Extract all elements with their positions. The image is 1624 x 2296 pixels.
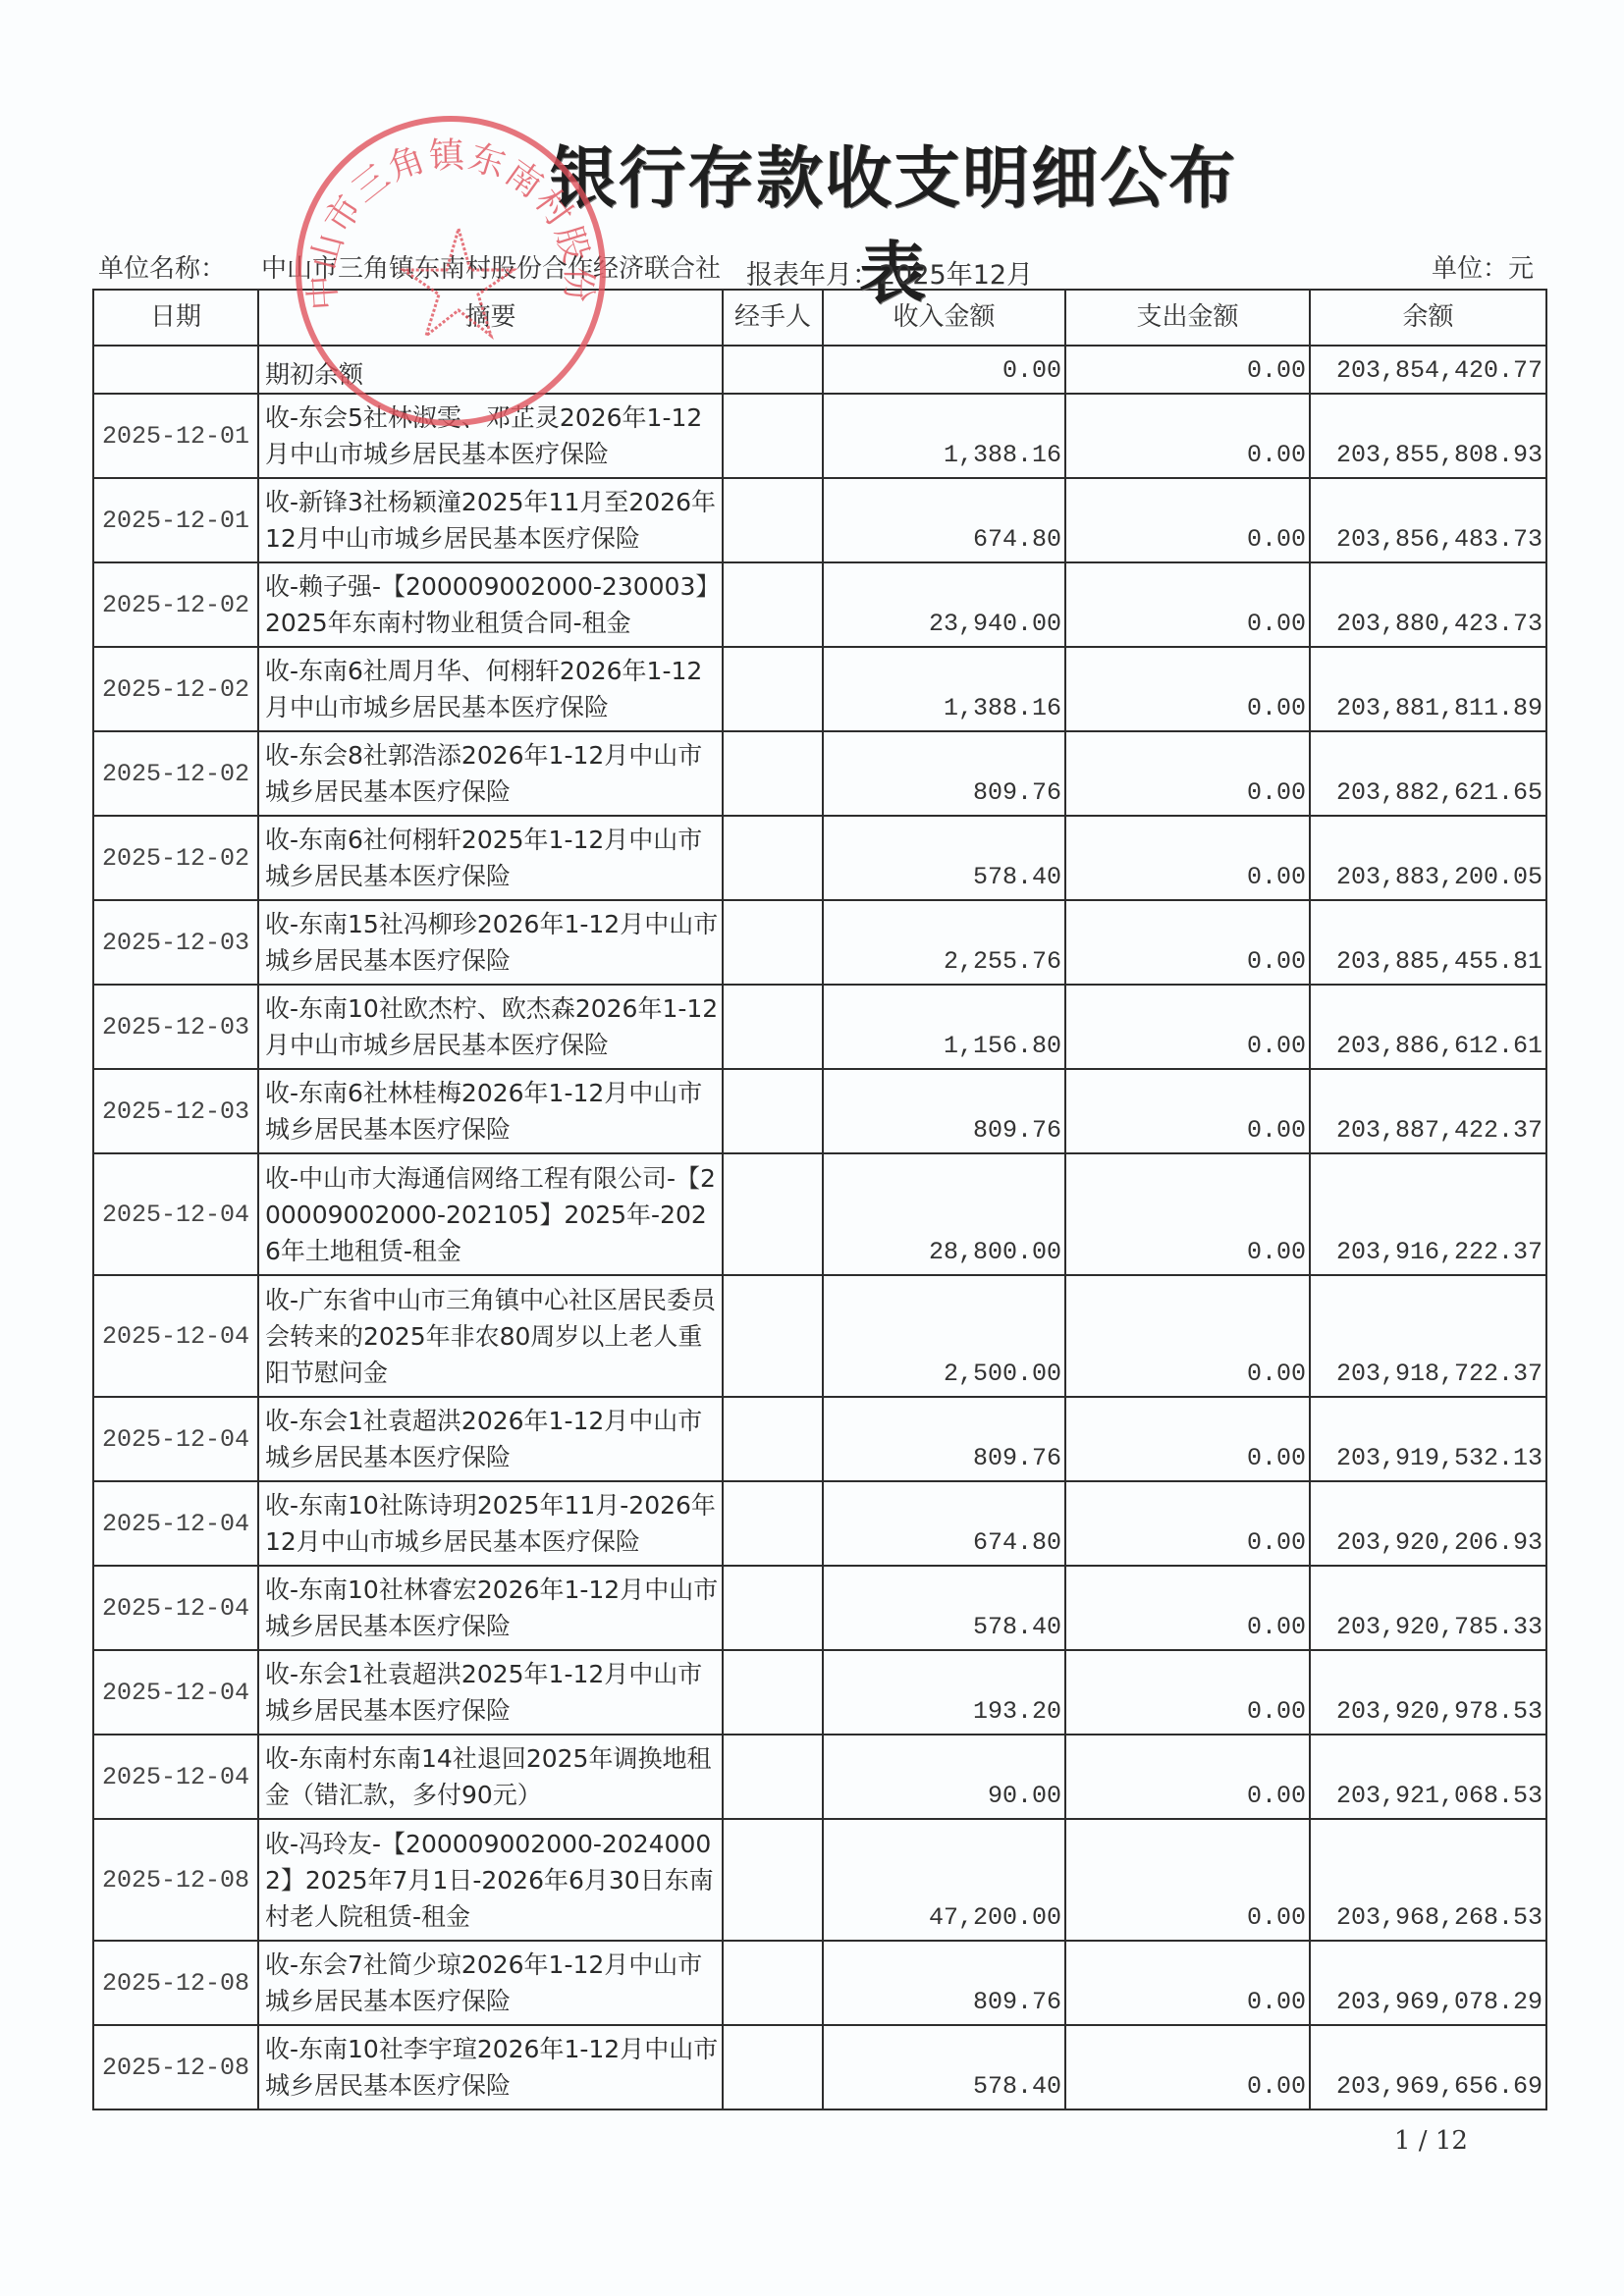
table-row: 2025-12-04收-东南10社陈诗玥2025年11月-2026年12月中山市… [93,1481,1546,1566]
summary-cell: 收-东会8社郭浩添2026年1-12月中山市城乡居民基本医疗保险 [258,731,723,816]
income-cell: 90.00 [823,1735,1065,1819]
opening-balance-row: 期初余额 0.00 0.00 203,854,420.77 [93,346,1546,394]
summary-cell: 收-东会1社袁超洪2026年1-12月中山市城乡居民基本医疗保险 [258,1397,723,1481]
handler-cell [723,1819,823,1941]
balance-cell: 203,920,785.33 [1310,1566,1546,1650]
income-cell: 23,940.00 [823,562,1065,647]
table-row: 2025-12-02收-东会8社郭浩添2026年1-12月中山市城乡居民基本医疗… [93,731,1546,816]
balance-cell: 203,880,423.73 [1310,562,1546,647]
summary-cell: 收-东南6社林桂梅2026年1-12月中山市城乡居民基本医疗保险 [258,1069,723,1153]
unit-name-row: 单位名称：中山市三角镇东南村股份合作经济联合社 [98,248,721,285]
table-row: 2025-12-03收-东南10社欧杰柠、欧杰森2026年1-12月中山市城乡居… [93,985,1546,1069]
summary-cell: 收-新锋3社杨颖潼2025年11月至2026年12月中山市城乡居民基本医疗保险 [258,478,723,562]
income-cell: 578.40 [823,816,1065,900]
summary-cell: 收-东会7社简少琼2026年1-12月中山市城乡居民基本医疗保险 [258,1941,723,2025]
summary-cell: 收-冯玲友-【200009002000-20240002】2025年7月1日-2… [258,1819,723,1941]
table-row: 2025-12-02收-东南6社何栩轩2025年1-12月中山市城乡居民基本医疗… [93,816,1546,900]
report-period: 报表年月：2025年12月 [746,253,1033,292]
income-cell: 2,500.00 [823,1275,1065,1397]
expense-cell: 0.00 [1065,346,1310,394]
balance-cell: 203,882,621.65 [1310,731,1546,816]
income-cell: 47,200.00 [823,1819,1065,1941]
handler-cell [723,1275,823,1397]
income-cell: 193.20 [823,1650,1065,1735]
expense-cell: 0.00 [1065,900,1310,985]
summary-cell: 收-东南10社陈诗玥2025年11月-2026年12月中山市城乡居民基本医疗保险 [258,1481,723,1566]
table-row: 2025-12-04收-东会1社袁超洪2025年1-12月中山市城乡居民基本医疗… [93,1650,1546,1735]
handler-cell [723,478,823,562]
income-cell: 578.40 [823,1566,1065,1650]
expense-cell: 0.00 [1065,816,1310,900]
income-cell: 809.76 [823,1941,1065,2025]
table-row: 2025-12-01收-东会5社林淑雯、邓芷灵2026年1-12月中山市城乡居民… [93,394,1546,478]
summary-cell: 收-东南6社何栩轩2025年1-12月中山市城乡居民基本医疗保险 [258,816,723,900]
expense-cell: 0.00 [1065,1650,1310,1735]
balance-cell: 203,920,978.53 [1310,1650,1546,1735]
summary-cell: 收-赖子强-【200009002000-230003】2025年东南村物业租赁合… [258,562,723,647]
income-cell: 2,255.76 [823,900,1065,985]
income-cell: 674.80 [823,478,1065,562]
date-cell: 2025-12-04 [93,1397,258,1481]
date-cell: 2025-12-08 [93,1819,258,1941]
currency-unit: 单位：元 [1432,248,1534,285]
summary-cell: 收-东南6社周月华、何栩轩2026年1-12月中山市城乡居民基本医疗保险 [258,647,723,731]
table-row: 2025-12-01收-新锋3社杨颖潼2025年11月至2026年12月中山市城… [93,478,1546,562]
expense-cell: 0.00 [1065,1819,1310,1941]
handler-cell [723,562,823,647]
expense-cell: 0.00 [1065,478,1310,562]
expense-cell: 0.00 [1065,1069,1310,1153]
expense-cell: 0.00 [1065,1275,1310,1397]
handler-cell [723,1481,823,1566]
income-cell: 28,800.00 [823,1153,1065,1275]
handler-cell [723,647,823,731]
handler-cell [723,1941,823,2025]
unit-name-value: 中山市三角镇东南村股份合作经济联合社 [261,254,721,284]
balance-cell: 203,855,808.93 [1310,394,1546,478]
summary-cell: 收-中山市大海通信网络工程有限公司-【200009002000-202105】2… [258,1153,723,1275]
date-cell: 2025-12-08 [93,1941,258,2025]
balance-cell: 203,918,722.37 [1310,1275,1546,1397]
date-cell: 2025-12-03 [93,985,258,1069]
summary-cell: 收-东南10社李宇瑄2026年1-12月中山市城乡居民基本医疗保险 [258,2025,723,2109]
ledger-table: 日期 摘要 经手人 收入金额 支出金额 余额 期初余额 0.00 0.00 20… [92,289,1547,2110]
income-cell: 0.00 [823,346,1065,394]
handler-cell [723,1566,823,1650]
expense-cell: 0.00 [1065,562,1310,647]
handler-cell [723,1650,823,1735]
date-cell: 2025-12-01 [93,394,258,478]
balance-cell: 203,919,532.13 [1310,1397,1546,1481]
expense-cell: 0.00 [1065,647,1310,731]
balance-cell: 203,921,068.53 [1310,1735,1546,1819]
balance-cell: 203,886,612.61 [1310,985,1546,1069]
summary-cell: 期初余额 [258,346,723,394]
column-header-balance: 余额 [1310,290,1546,346]
expense-cell: 0.00 [1065,985,1310,1069]
handler-cell [723,1069,823,1153]
date-cell: 2025-12-04 [93,1566,258,1650]
handler-cell [723,2025,823,2109]
expense-cell: 0.00 [1065,1735,1310,1819]
table-row: 2025-12-08收-东南10社李宇瑄2026年1-12月中山市城乡居民基本医… [93,2025,1546,2109]
balance-cell: 203,885,455.81 [1310,900,1546,985]
column-header-date: 日期 [93,290,258,346]
summary-cell: 收-东会1社袁超洪2025年1-12月中山市城乡居民基本医疗保险 [258,1650,723,1735]
table-row: 2025-12-04收-东会1社袁超洪2026年1-12月中山市城乡居民基本医疗… [93,1397,1546,1481]
date-cell: 2025-12-02 [93,647,258,731]
balance-cell: 203,854,420.77 [1310,346,1546,394]
table-row: 2025-12-03收-东南15社冯柳珍2026年1-12月中山市城乡居民基本医… [93,900,1546,985]
expense-cell: 0.00 [1065,1153,1310,1275]
summary-cell: 收-东南10社林睿宏2026年1-12月中山市城乡居民基本医疗保险 [258,1566,723,1650]
table-row: 2025-12-02收-赖子强-【200009002000-230003】202… [93,562,1546,647]
balance-cell: 203,969,078.29 [1310,1941,1546,2025]
table-row: 2025-12-04收-中山市大海通信网络工程有限公司-【20000900200… [93,1153,1546,1275]
date-cell: 2025-12-02 [93,562,258,647]
handler-cell [723,346,823,394]
summary-cell: 收-东南15社冯柳珍2026年1-12月中山市城乡居民基本医疗保险 [258,900,723,985]
handler-cell [723,816,823,900]
expense-cell: 0.00 [1065,1566,1310,1650]
table-row: 2025-12-08收-东会7社简少琼2026年1-12月中山市城乡居民基本医疗… [93,1941,1546,2025]
date-cell: 2025-12-01 [93,478,258,562]
income-cell: 578.40 [823,2025,1065,2109]
balance-cell: 203,916,222.37 [1310,1153,1546,1275]
expense-cell: 0.00 [1065,1481,1310,1566]
balance-cell: 203,969,656.69 [1310,2025,1546,2109]
expense-cell: 0.00 [1065,394,1310,478]
table-row: 2025-12-03收-东南6社林桂梅2026年1-12月中山市城乡居民基本医疗… [93,1069,1546,1153]
income-cell: 1,156.80 [823,985,1065,1069]
balance-cell: 203,887,422.37 [1310,1069,1546,1153]
date-cell: 2025-12-02 [93,731,258,816]
income-cell: 1,388.16 [823,394,1065,478]
table-row: 2025-12-08收-冯玲友-【200009002000-20240002】2… [93,1819,1546,1941]
summary-cell: 收-东会5社林淑雯、邓芷灵2026年1-12月中山市城乡居民基本医疗保险 [258,394,723,478]
balance-cell: 203,920,206.93 [1310,1481,1546,1566]
date-cell: 2025-12-08 [93,2025,258,2109]
date-cell: 2025-12-04 [93,1481,258,1566]
unit-name-label: 单位名称： [98,254,226,284]
handler-cell [723,1735,823,1819]
date-cell: 2025-12-04 [93,1275,258,1397]
table-row: 2025-12-04收-东南村东南14社退回2025年调换地租金（错汇款，多付9… [93,1735,1546,1819]
expense-cell: 0.00 [1065,1397,1310,1481]
date-cell: 2025-12-04 [93,1153,258,1275]
expense-cell: 0.00 [1065,2025,1310,2109]
summary-cell: 收-东南10社欧杰柠、欧杰森2026年1-12月中山市城乡居民基本医疗保险 [258,985,723,1069]
handler-cell [723,900,823,985]
handler-cell [723,985,823,1069]
date-cell: 2025-12-02 [93,816,258,900]
handler-cell [723,731,823,816]
expense-cell: 0.00 [1065,731,1310,816]
summary-cell: 收-广东省中山市三角镇中心社区居民委员会转来的2025年非农80周岁以上老人重阳… [258,1275,723,1397]
expense-cell: 0.00 [1065,1941,1310,2025]
handler-cell [723,1153,823,1275]
handler-cell [723,1397,823,1481]
summary-cell: 收-东南村东南14社退回2025年调换地租金（错汇款，多付90元） [258,1735,723,1819]
balance-cell: 203,883,200.05 [1310,816,1546,900]
income-cell: 809.76 [823,1397,1065,1481]
income-cell: 674.80 [823,1481,1065,1566]
date-cell [93,346,258,394]
date-cell: 2025-12-04 [93,1735,258,1819]
table-row: 2025-12-04收-东南10社林睿宏2026年1-12月中山市城乡居民基本医… [93,1566,1546,1650]
balance-cell: 203,968,268.53 [1310,1819,1546,1941]
page-number: 1 / 12 [1394,2126,1468,2156]
income-cell: 809.76 [823,731,1065,816]
income-cell: 1,388.16 [823,647,1065,731]
balance-cell: 203,881,811.89 [1310,647,1546,731]
balance-cell: 203,856,483.73 [1310,478,1546,562]
date-cell: 2025-12-03 [93,1069,258,1153]
table-row: 2025-12-04收-广东省中山市三角镇中心社区居民委员会转来的2025年非农… [93,1275,1546,1397]
income-cell: 809.76 [823,1069,1065,1153]
date-cell: 2025-12-03 [93,900,258,985]
handler-cell [723,394,823,478]
date-cell: 2025-12-04 [93,1650,258,1735]
table-row: 2025-12-02收-东南6社周月华、何栩轩2026年1-12月中山市城乡居民… [93,647,1546,731]
